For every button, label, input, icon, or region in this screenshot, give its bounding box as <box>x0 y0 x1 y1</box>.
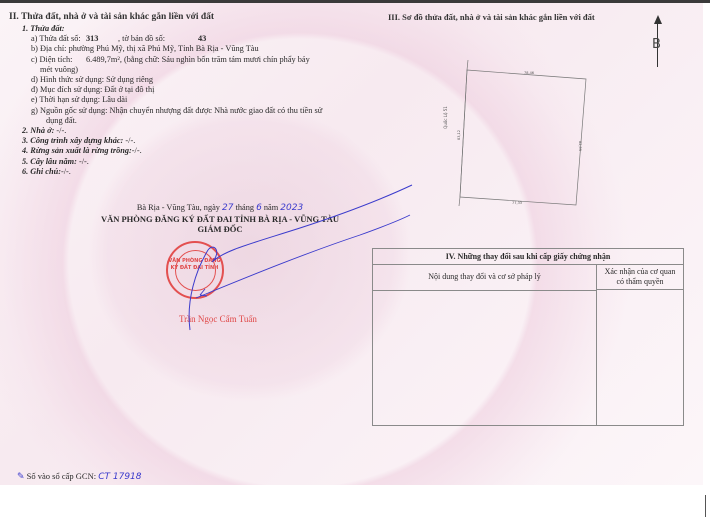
area-value: 6.489,7m², (bằng chữ: Sáu nghìn bốn trăm… <box>86 55 310 64</box>
edge-left-label: 83,12 <box>457 130 461 140</box>
north-label: B <box>652 37 661 52</box>
signer-title: GIÁM ĐỐC <box>80 224 360 235</box>
origin-row: g) Nguồn gốc sử dụng: Nhận chuyển nhượng… <box>22 106 362 116</box>
seal-text: VĂN PHÒNG ĐĂNG KÝ ĐẤT ĐAI TỈNH <box>168 258 221 272</box>
map-label: , tờ bản đồ số: <box>118 34 198 44</box>
place-date: Bà Rịa - Vũng Tàu, ngày 27 tháng 6 năm 2… <box>80 203 360 214</box>
use-form-value: Sử dụng riêng <box>106 75 153 84</box>
place-date-prefix: Bà Rịa - Vũng Tàu, ngày <box>137 203 220 212</box>
area-label: c) Diện tích: <box>31 55 86 65</box>
issuing-office: VĂN PHÒNG ĐĂNG KÝ ĐẤT ĐAI TỈNH BÀ RỊA - … <box>80 214 360 225</box>
parcel-number: 313 <box>86 34 118 44</box>
purpose-label: đ) Mục đích sử dụng: <box>31 85 102 94</box>
section-3-heading: III. Sơ đồ thửa đất, nhà ở và tài sản kh… <box>388 12 595 22</box>
address-value: phường Phú Mỹ, thị xã Phú Mỹ, Tỉnh Bà Rị… <box>69 44 259 53</box>
signature-block: Bà Rịa - Vũng Tàu, ngày 27 tháng 6 năm 2… <box>80 203 360 235</box>
forest-label: 4. Rừng sản xuất là rừng trồng: <box>22 146 132 155</box>
year-label: năm <box>264 203 278 212</box>
map-number: 43 <box>198 34 206 43</box>
term-label: e) Thời hạn sử dụng: <box>31 95 100 104</box>
parcel-diagram: Quốc Lộ 51 78,46 83,12 82,59 77,33 <box>420 55 600 215</box>
signer-name: Trần Ngọc Cẩm Tuấn <box>179 314 257 324</box>
section-2-body: 1. Thửa đất: a) Thửa đất số:313, tờ bản … <box>22 24 362 177</box>
use-form-label: d) Hình thức sử dụng: <box>31 75 104 84</box>
forest-value: -/-. <box>132 146 142 155</box>
area-row: c) Diện tích:6.489,7m², (bằng chữ: Sáu n… <box>22 55 362 65</box>
house-row: 2. Nhà ở: -/-. <box>22 126 362 136</box>
changes-column-header: Nội dung thay đổi và cơ sở pháp lý <box>373 264 597 291</box>
other-works-row: 3. Công trình xây dựng khác: -/-. <box>22 136 362 146</box>
confirmation-column-header: Xác nhận của cơ quan có thẩm quyền <box>597 264 683 290</box>
purpose-row: đ) Mục đích sử dụng: Đất ở tại đô thị <box>22 85 362 95</box>
forest-row: 4. Rừng sản xuất là rừng trồng:-/-. <box>22 146 362 156</box>
house-value: -/-. <box>56 126 66 135</box>
registry-label: Số vào sổ cấp GCN: <box>27 471 96 481</box>
edge-right-label: 82,59 <box>578 141 582 151</box>
land-heading: 1. Thửa đất: <box>22 24 362 34</box>
page-margin <box>0 485 710 517</box>
edge-bottom-label: 77,33 <box>512 201 522 205</box>
note-row: 6. Ghi chú:-/-. <box>22 167 362 177</box>
perennial-value: -/-. <box>79 157 89 166</box>
use-form-row: d) Hình thức sử dụng: Sử dụng riêng <box>22 75 362 85</box>
perennial-label: 5. Cây lâu năm: <box>22 157 77 166</box>
month-label: tháng <box>236 203 254 212</box>
registry-value: CT 17918 <box>98 472 141 482</box>
address-label: b) Địa chỉ: <box>31 44 66 53</box>
origin-value: Nhận chuyển nhượng đất được Nhà nước gia… <box>109 106 322 115</box>
changes-table: IV. Những thay đổi sau khi cấp giấy chứn… <box>372 248 684 426</box>
date-day: 27 <box>222 203 233 213</box>
edge-top-label: 78,46 <box>524 71 534 75</box>
official-seal-icon: VĂN PHÒNG ĐĂNG KÝ ĐẤT ĐAI TỈNH <box>166 241 224 299</box>
confirmation-cell <box>597 291 683 425</box>
changes-cell <box>373 291 597 425</box>
parcel-row: a) Thửa đất số:313, tờ bản đồ số:43 <box>22 34 362 44</box>
parcel-outline <box>420 55 600 215</box>
edge-mark <box>705 495 706 517</box>
house-label: 2. Nhà ở: <box>22 126 54 135</box>
confirmation-header-line2: có thẩm quyền <box>597 277 683 287</box>
origin-row-cont: dụng đất. <box>22 116 362 126</box>
term-value: Lâu dài <box>102 95 127 104</box>
other-works-label: 3. Công trình xây dựng khác: <box>22 136 123 145</box>
note-value: -/-. <box>61 167 71 176</box>
date-month: 6 <box>256 203 262 213</box>
confirmation-header-line1: Xác nhận của cơ quan <box>597 267 683 277</box>
date-year: 2023 <box>280 203 303 213</box>
area-row-cont: mét vuông) <box>22 65 362 75</box>
north-arrow-icon: B <box>653 15 663 67</box>
address-row: b) Địa chỉ: phường Phú Mỹ, thị xã Phú Mỹ… <box>22 44 362 54</box>
note-label: 6. Ghi chú: <box>22 167 61 176</box>
section-4-heading: IV. Những thay đổi sau khi cấp giấy chứn… <box>373 249 683 265</box>
road-label: Quốc Lộ 51 <box>443 106 448 129</box>
perennial-row: 5. Cây lâu năm: -/-. <box>22 157 362 167</box>
origin-label: g) Nguồn gốc sử dụng: <box>31 106 107 115</box>
term-row: e) Thời hạn sử dụng: Lâu dài <box>22 95 362 105</box>
section-2-heading: II. Thửa đất, nhà ở và tài sản khác gắn … <box>9 12 214 22</box>
parcel-label: a) Thửa đất số: <box>31 34 86 44</box>
registry-number: ✎ Số vào sổ cấp GCN: CT 17918 <box>17 471 142 482</box>
purpose-value: Đất ở tại đô thị <box>104 85 154 94</box>
other-works-value: -/-. <box>125 136 135 145</box>
pen-mark-icon: ✎ <box>17 472 25 482</box>
